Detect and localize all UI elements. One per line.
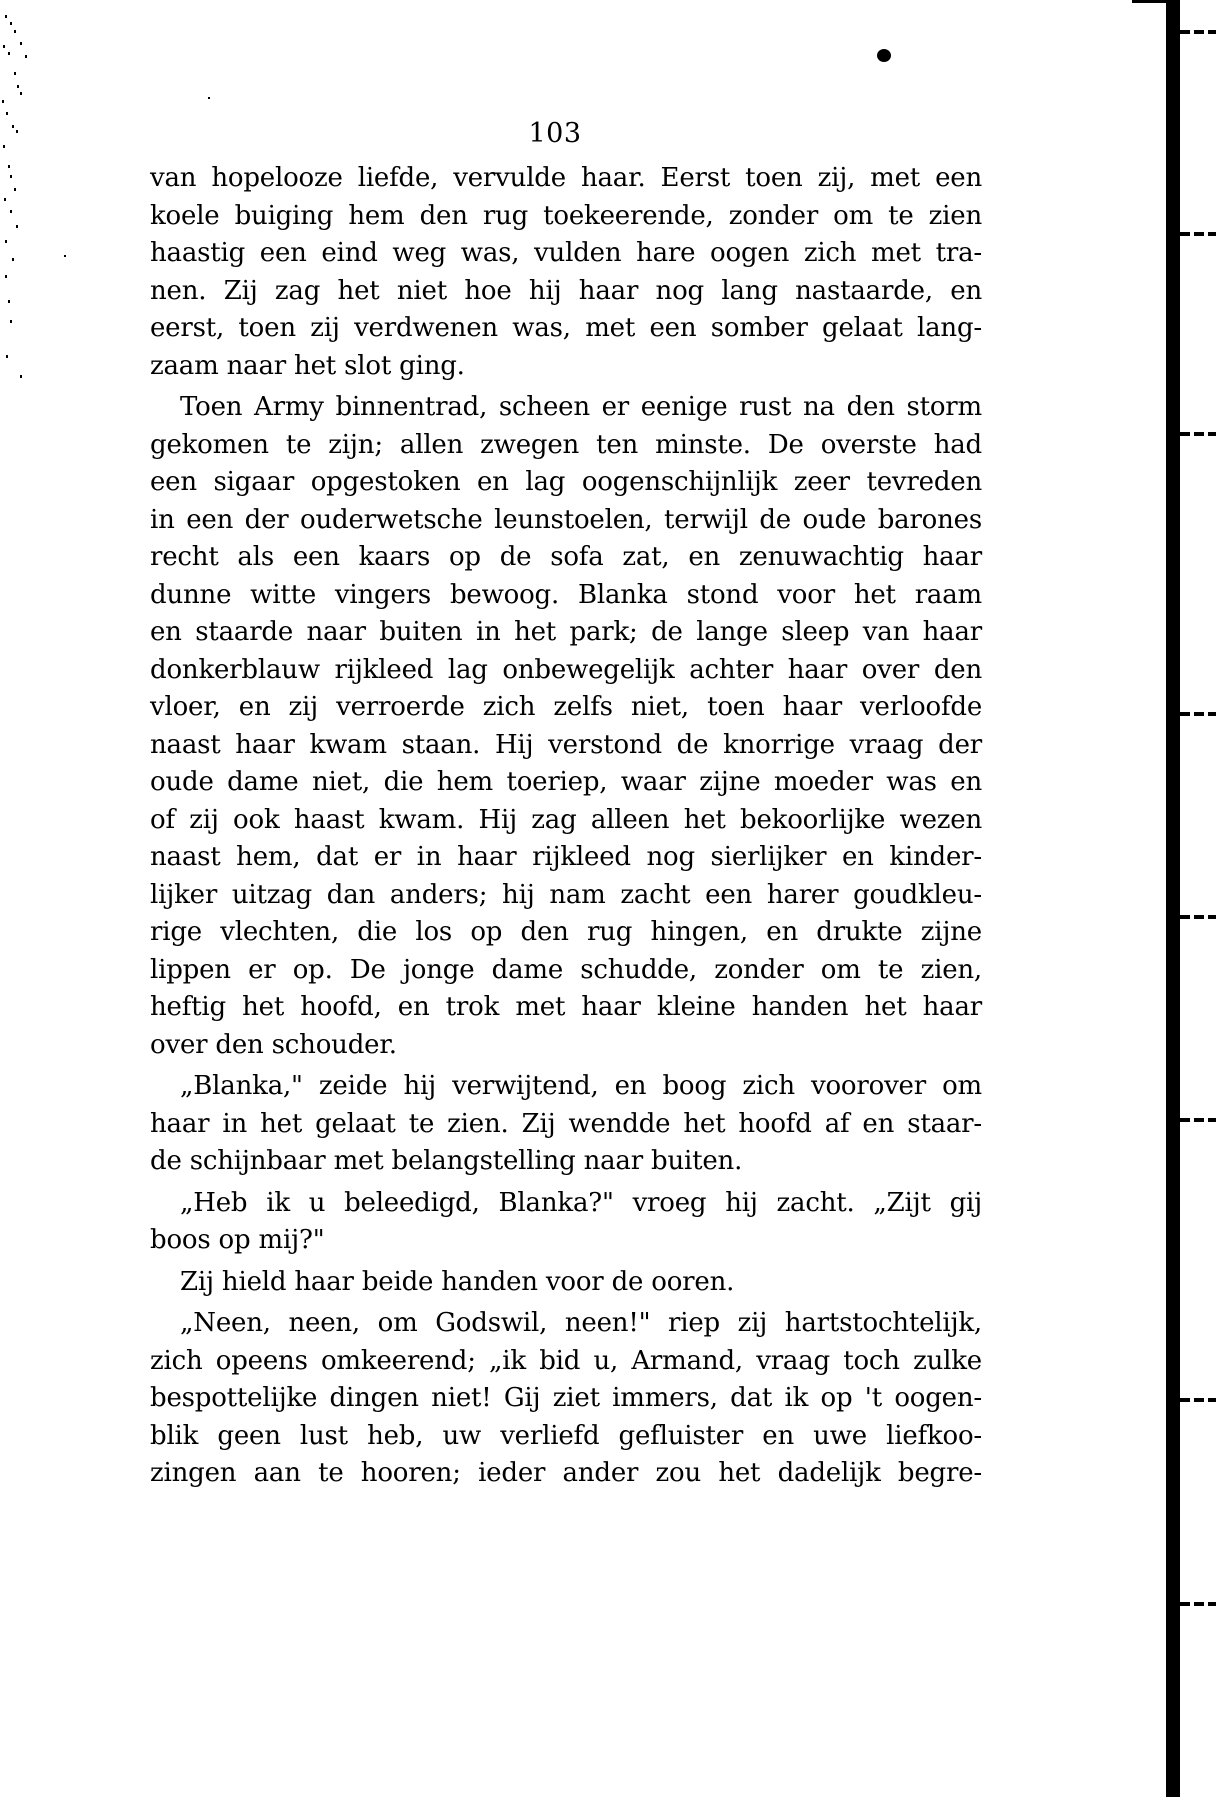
text-line: lippen er op. De jonge dame schudde, zon… — [150, 952, 982, 990]
text-line: over den schouder. — [150, 1027, 982, 1065]
text-line: blik geen lust heb, uw verliefd gefluist… — [150, 1418, 982, 1456]
text-line: heftig het hoofd, en trok met haar klein… — [150, 989, 982, 1027]
binding-tick — [1180, 712, 1216, 716]
text-line: Zij hield haar beide handen voor de oore… — [150, 1264, 982, 1302]
text-line: oude dame niet, die hem toeriep, waar zi… — [150, 764, 982, 802]
text-line: zaam naar het slot ging. — [150, 348, 982, 386]
text-line: eerst, toen zij verdwenen was, met een s… — [150, 310, 982, 348]
text-line: donkerblauw rijkleed lag onbewegelijk ac… — [150, 652, 982, 690]
text-line: en staarde naar buiten in het park; de l… — [150, 614, 982, 652]
scanned-book-page: 103 van hopelooze liefde, vervulde haar.… — [0, 0, 1222, 1797]
scan-speck — [64, 255, 66, 257]
text-line: boos op mij?" — [150, 1222, 982, 1260]
text-line: dunne witte vingers bewoog. Blanka stond… — [150, 577, 982, 615]
text-line: van hopelooze liefde, vervulde haar. Eer… — [150, 160, 982, 198]
text-line: rige vlechten, die los op den rug hingen… — [150, 914, 982, 952]
text-line: haastig een eind weg was, vulden hare oo… — [150, 235, 982, 273]
page-number: 103 — [0, 118, 1110, 149]
binding-tick — [1180, 1398, 1216, 1402]
text-line: gekomen te zijn; allen zwegen ten minste… — [150, 427, 982, 465]
binding-tick — [1180, 30, 1216, 34]
text-line: „Blanka," zeide hij verwijtend, en boog … — [150, 1068, 982, 1106]
text-line: koele buiging hem den rug toekeerende, z… — [150, 198, 982, 236]
text-line: naast haar kwam staan. Hij verstond de k… — [150, 727, 982, 765]
text-line: recht als een kaars op de sofa zat, en z… — [150, 539, 982, 577]
scan-speck — [208, 97, 210, 99]
text-line: of zij ook haast kwam. Hij zag alleen he… — [150, 802, 982, 840]
binding-tick — [1180, 232, 1216, 236]
text-line: vloer, en zij verroerde zich zelfs niet,… — [150, 689, 982, 727]
text-line: in een der ouderwetsche leunstoelen, ter… — [150, 502, 982, 540]
text-line: Toen Army binnentrad, scheen er eenige r… — [150, 389, 982, 427]
binding-tick — [1180, 1602, 1216, 1606]
text-line: de schijnbaar met belangstelling naar bu… — [150, 1143, 982, 1181]
text-line: „Heb ik u beleedigd, Blanka?" vroeg hij … — [150, 1185, 982, 1223]
text-line: bespottelijke dingen niet! Gij ziet imme… — [150, 1380, 982, 1418]
scan-noise-left-edge — [0, 0, 40, 400]
text-line: haar in het gelaat te zien. Zij wendde h… — [150, 1106, 982, 1144]
text-line: zich opeens omkeerend; „ik bid u, Armand… — [150, 1343, 982, 1381]
text-line: nen. Zij zag het niet hoe hij haar nog l… — [150, 273, 982, 311]
binding-edge — [1166, 0, 1180, 1797]
text-line: een sigaar opgestoken en lag oogenschijn… — [150, 464, 982, 502]
binding-tick — [1180, 432, 1216, 436]
binding-tick — [1180, 1118, 1216, 1122]
ink-dot — [877, 49, 891, 62]
text-line: lijker uitzag dan anders; hij nam zacht … — [150, 877, 982, 915]
text-line: naast hem, dat er in haar rijkleed nog s… — [150, 839, 982, 877]
body-text: van hopelooze liefde, vervulde haar. Eer… — [150, 160, 982, 1493]
text-line: zingen aan te hooren; ieder ander zou he… — [150, 1455, 982, 1493]
binding-tick — [1180, 915, 1216, 919]
text-line: „Neen, neen, om Godswil, neen!" riep zij… — [150, 1305, 982, 1343]
